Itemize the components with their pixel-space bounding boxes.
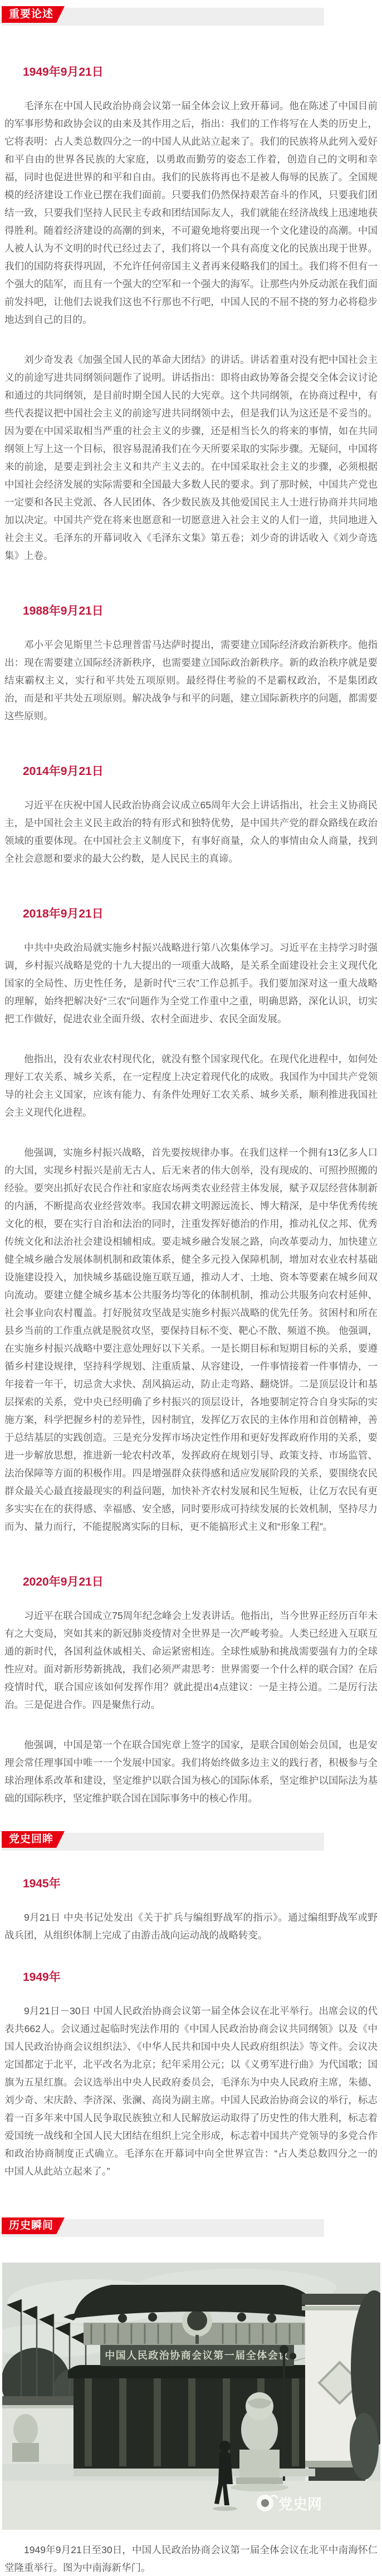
photo-stone-lion-small	[12, 2414, 39, 2462]
section-tag-historical-moment: 历史瞬间	[2, 2217, 65, 2234]
history-paragraph: 9月21日－30日 中国人民政治协商会议第一届全体会议在北平举行。出席会议的代表…	[4, 2002, 378, 2180]
photo-gate-building: 中国人民政治协商会议第一届全体会议	[63, 2285, 331, 2470]
section-header-important-discourse: 重要论述	[2, 8, 324, 26]
discourse-paragraph: 他强调，实施乡村振兴战略，首先要按规律办事。在我们这样一个拥有13亿多人口的大国…	[4, 1144, 378, 1535]
date-heading: 2014年9月21日	[23, 765, 378, 778]
discourse-paragraph: 邓小平会见斯里兰卡总理普雷马达萨时提出，需要建立国际经济政治新秩序。他指出：现在…	[4, 636, 378, 725]
date-heading: 2020年9月21日	[23, 1576, 378, 1589]
photo-banner-text: 中国人民政治协商会议第一届全体会议	[105, 2349, 290, 2361]
section-tag-party-history-review: 党史回眸	[2, 1831, 65, 1848]
section-header-historical-moment: 历史瞬间	[2, 2219, 324, 2237]
xinhuamen-photo-illustration: 中国人民政治协商会议第一届全体会议	[2, 2263, 380, 2530]
section-tag-important-discourse: 重要论述	[2, 6, 65, 23]
discourse-paragraph: 习近平在联合国成立75周年纪念峰会上发表讲话。他指出，当今世界正经历百年未有之大…	[4, 1607, 378, 1714]
discourse-paragraph: 他指出，没有农业农村现代化，就没有整个国家现代化。在现代化进程中，如何处理好工农…	[4, 1050, 378, 1121]
discourse-paragraph: 毛泽东在中国人民政治协商会议第一届全体会议上致开幕词。他在陈述了中国目前的军事形…	[4, 97, 378, 328]
section-header-party-history-review: 党史回眸	[2, 1833, 324, 1851]
party-history-review-section: 1945年9月21日 中央书记处发出《关于扩兵与编组野战军的指示》。通过编组野战…	[0, 1877, 382, 2180]
date-heading: 1949年9月21日	[23, 66, 378, 79]
photo-caption: 1949年9月21日至30日，中国人民政治协商会议第一届全体会议在北平中南海怀仁…	[4, 2541, 378, 2576]
discourse-paragraph: 刘少奇发表《加强全国人民的革命大团结》的讲话。讲话着重对没有把中国社会主义的前途…	[4, 351, 378, 565]
date-heading: 1988年9月21日	[23, 605, 378, 618]
date-heading: 2018年9月21日	[23, 907, 378, 921]
discourse-paragraph: 习近平在庆祝中国人民政治协商会议成立65周年大会上讲话指出，社会主义协商民主，是…	[4, 796, 378, 867]
discourse-paragraph: 中共中央政治局就实施乡村振兴战略进行第八次集体学习。习近平在主持学习时强调，乡村…	[4, 939, 378, 1028]
photo-watermark: 党史网	[257, 2495, 322, 2513]
discourse-paragraph: 他强调，中国是第一个在联合国宪章上签字的国家，是联合国创始会员国，也是安理会常任…	[4, 1736, 378, 1807]
watermark-text: 党史网	[278, 2496, 322, 2513]
historical-photo: 中国人民政治协商会议第一届全体会议	[2, 2263, 380, 2530]
year-heading: 1945年	[23, 1877, 378, 1891]
year-heading: 1949年	[23, 1971, 378, 1984]
photo-ground	[2, 2481, 380, 2530]
important-discourse-section: 1949年9月21日毛泽东在中国人民政治协商会议第一届全体会议上致开幕词。他在陈…	[0, 66, 382, 1807]
history-paragraph: 9月21日 中央书记处发出《关于扩兵与编组野战军的指示》。通过编组野战军或野战兵…	[4, 1908, 378, 1944]
